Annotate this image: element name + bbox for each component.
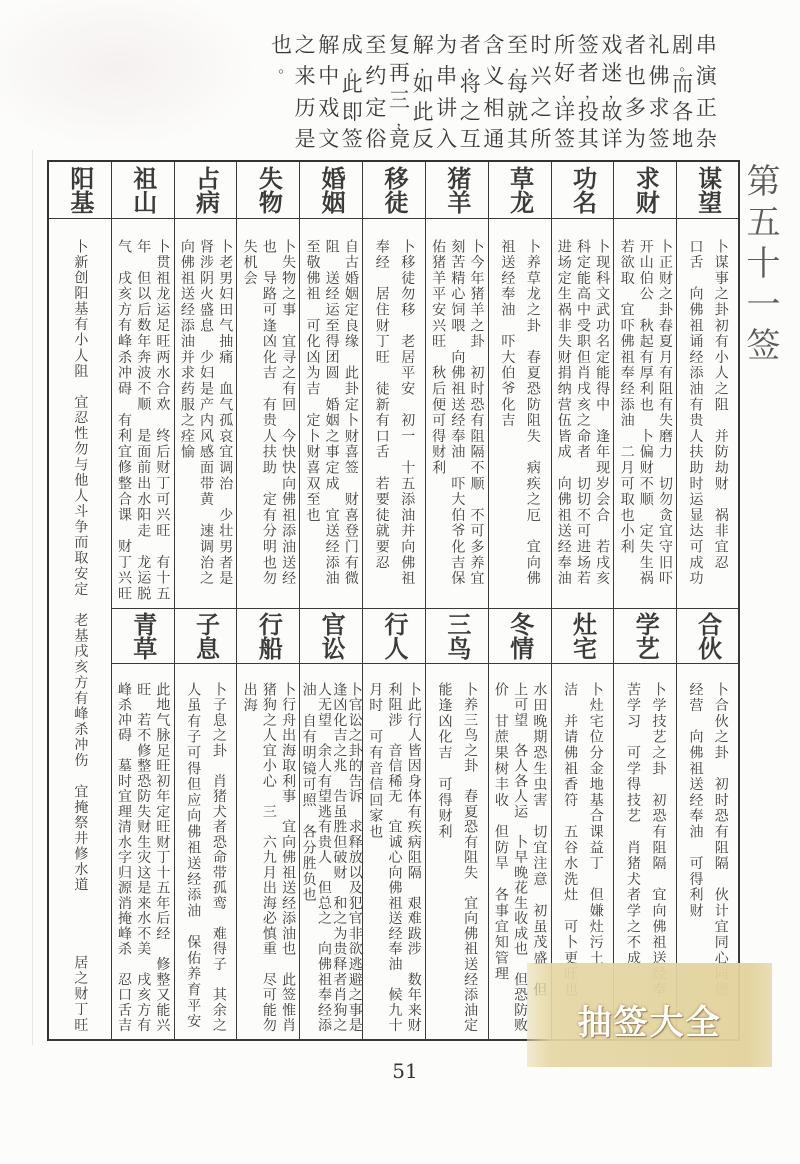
text-column: 卜学技艺之卦 初恐有阻隔 宜向佛祖送经奉 [651, 682, 666, 998]
intro-character: 详 [553, 100, 577, 124]
text-column: 向佛祖送经添油并求药服之痊愉 [179, 239, 194, 460]
intro-text-column: 签者，投其 [576, 33, 600, 151]
intro-text-column: 解，如此反 [411, 33, 435, 151]
category-header-label: 灶宅 [569, 612, 595, 660]
oracle-table: 阳基卜新创阳基有小人阻 宜忍性勿与他人斗争而取安定 老基戌亥方有峰杀冲伤 宜掩祭… [47, 160, 740, 1041]
text-column: 水田晚期恐生虫害 切宜注意 初虽茂盛 但 [531, 682, 546, 998]
intro-character: 是 [293, 127, 317, 151]
intro-text-column: 者，将之互 [458, 33, 482, 151]
intro-character: 好 [553, 61, 577, 85]
category-header: 草龙 [489, 162, 552, 219]
punctuation-mark: ， [388, 116, 412, 124]
punctuation-mark: ， [576, 88, 600, 96]
text-column: 卜谋事之卦初有小人之阻 并防劫财 祸非宜忍 [713, 239, 728, 571]
intro-character: 签 [341, 127, 365, 151]
intro-character: 解 [317, 33, 341, 57]
page-number: 51 [380, 1059, 430, 1083]
category-header-label: 三鸟 [444, 612, 470, 660]
text-column: 卜灶宅位分金地基合课益丁 但嫌灶污土 [588, 682, 603, 966]
text-column: 价 甘蔗果树丰收 但防旱 各事宜知管理 [493, 682, 508, 982]
intro-character: 来 [293, 64, 317, 88]
category-header: 阳基 [49, 162, 112, 219]
text-column: 开山伯公 秋起有厚利也 卜偏财不顺 定失生祸 [638, 239, 653, 587]
text-column: 也 导路可逢凶化吉 有贵人扶助 定有分明也勿 [261, 239, 276, 587]
text-column: 此地气脉足旺初年定旺财丁十五年后经 修整又能兴 [154, 682, 169, 1033]
intro-character: 而 [671, 72, 695, 96]
intro-text-column: 至，每就其 [506, 33, 530, 151]
intro-character: 定 [364, 96, 388, 120]
intro-character: 其 [576, 127, 600, 151]
intro-character: 剧 [671, 33, 695, 57]
category-text-cell: 卜老男妇田气抽痛 血气孤哀宜调治 少壮男者是肾涉阴火盛息 少妇是产内风感面带黄 … [175, 219, 238, 609]
intro-character: 三 [388, 88, 412, 112]
intro-character: 如 [411, 72, 435, 96]
text-column: 卜官讼之卦的告诉 求释放以及犯官非欲逃避之事是 [347, 682, 362, 1033]
intro-character: 此 [341, 72, 365, 96]
intro-character: 之 [529, 96, 553, 120]
category-header: 祖山 [112, 162, 175, 219]
text-column: 口舌 向佛祖诵经添油有贵人扶助时运显达可成功 [687, 239, 702, 587]
category-text-cell: 卜贯祖龙运足旺两水合欢 终后财丁可兴旺 有十五年 但以后数年奔波不顺 是面前出水… [112, 219, 175, 609]
intro-text-column: 复再三，竟 [388, 33, 412, 151]
category-header-label: 子息 [193, 612, 219, 660]
intro-character: 相 [482, 96, 506, 120]
intro-character: 通 [482, 127, 506, 151]
category-header: 子息 [175, 609, 238, 664]
text-column: 能逢凶化吉 可得财利 [437, 682, 452, 840]
intro-character: 所 [553, 33, 577, 57]
intro-text-column: 也。 [270, 33, 294, 151]
category-text-cell: 卜子息之卦 肖猪犬者恐命带孤鸾 难得子 其余之人虽有子可得但应向佛祖送经添油 保… [175, 664, 238, 1041]
intro-character: 者 [624, 33, 648, 57]
intro-character: 文 [317, 127, 341, 151]
intro-character: 中 [317, 64, 341, 88]
text-column: 科定能高中受职但肖戌亥之命者 切切不可进场若 [575, 239, 590, 587]
category-text-cell: 卜养三鸟之卦 春夏恐有阻失 宜向佛祖送经添油定能逢凶化吉 可得财利 [426, 664, 489, 1041]
intro-character: 即 [341, 100, 365, 124]
category-header-label: 阳基 [67, 166, 93, 214]
category-header-label: 移徒 [381, 166, 407, 214]
category-header-label: 婚姻 [318, 166, 344, 214]
category-header: 灶宅 [552, 609, 615, 664]
intro-character: 之 [458, 100, 482, 124]
text-column: 祖送经奉油 吓大伯爷化吉 [499, 239, 514, 429]
category-header-label: 官讼 [318, 612, 344, 660]
category-text-cell: 卜新创阳基有小人阻 宜忍性勿与他人斗争而取安定 老基戌亥方有峰杀冲伤 宜掩祭井修… [49, 219, 112, 1041]
text-column: 佑猪羊平安兴旺 秋后便可得财利 [430, 239, 445, 476]
text-column: 卜正财之卦春夏月有阻有失磨力 切勿贪宜守旧吓 [657, 239, 672, 587]
intro-character: 之 [293, 33, 317, 57]
category-header: 求财 [614, 162, 677, 219]
text-column: 奉经 居住财丁旺 徒新有口舌 若要徒就要忍 [374, 239, 389, 571]
text-column: 卜行舟出海取利事 宜向佛祖送经添油也 此签惟肖 [280, 682, 295, 1033]
category-text-cell: 卜此行人皆因身体有疾病阻隔 艰难跋涉 数年来财利阻涉 音信稀无 宜诚心向佛祖送经… [363, 664, 426, 1041]
punctuation-mark: ， [458, 61, 482, 69]
category-header-label: 占病 [193, 166, 219, 214]
text-column: 卜养三鸟之卦 春夏恐有阻失 宜向佛祖送经添油定 [462, 682, 477, 1033]
intro-character: 俗 [364, 127, 388, 151]
category-header-label: 功名 [569, 166, 595, 214]
text-column: 经营 向佛祖送经奉油 可得利财 [687, 682, 702, 919]
watermark-logo: 抽签大全 [527, 963, 772, 1067]
intro-character: 将 [458, 72, 482, 96]
intro-character: 各 [671, 100, 695, 124]
category-text-cell: 卜现科文武功名定能得中 逢年现岁会合 若戌亥科定能高中受职但肖戌亥之命者 切切不… [552, 219, 615, 609]
intro-character: 串 [435, 64, 459, 88]
intro-character: 者 [576, 61, 600, 85]
watermark-text: 抽签大全 [578, 995, 722, 1044]
category-text-cell: 此地气脉足旺初年定旺财丁十五年后经 修整又能兴旺 若不修整恐防失财生灾这是来水不… [112, 664, 175, 1041]
category-header-label: 失物 [255, 166, 281, 214]
intro-character: 者 [458, 33, 482, 57]
category-header: 猪羊 [426, 162, 489, 219]
intro-character: 每 [506, 72, 530, 96]
intro-text-column: 者也多为 [624, 33, 648, 151]
text-column: 卜贯祖龙运足旺两水合欢 终后财丁可兴旺 有十五 [154, 239, 169, 602]
intro-character: 为 [435, 33, 459, 57]
category-header-label: 学艺 [632, 612, 658, 660]
category-header: 婚姻 [300, 162, 363, 219]
intro-character: 签 [576, 33, 600, 57]
intro-character: 讲 [435, 96, 459, 120]
intro-character: 佛 [647, 64, 671, 88]
category-header: 移徒 [363, 162, 426, 219]
intro-text-column: 成，此即签 [341, 33, 365, 151]
text-column: 峰杀冲碍 墓时宜理清水字归源消掩峰杀 忍口舌吉 [116, 682, 131, 1033]
intro-text-column: 戏迷，故详 [600, 33, 624, 151]
intro-text-column: 为串讲入 [435, 33, 459, 151]
category-header-label: 求财 [632, 166, 658, 214]
intro-character: 签 [647, 127, 671, 151]
punctuation-mark: ， [506, 61, 530, 69]
intro-character: 反 [411, 127, 435, 151]
intro-character: 正 [694, 96, 718, 120]
intro-character: 故 [600, 100, 624, 124]
text-column: 至敬佛祖 可化凶为吉 定卜财喜双至也 [304, 239, 319, 523]
text-column: 卜现科文武功名定能得中 逢年现岁会合 若戌亥 [594, 239, 609, 587]
text-column: 卜老男妇田气抽痛 血气孤哀宜调治 少壮男者是 [217, 239, 232, 587]
text-column: 卜今年猪羊之卦 初时恐有阻隔不顺 不可多养宜 [469, 239, 484, 587]
text-column: 阻 送经运至得团圆 婚姻之事定成 宜送经添油 [324, 239, 339, 587]
text-column: 气 戌亥方有峰杀冲碍 有利宜修整合课 财丁兴旺 [116, 239, 131, 602]
intro-character: 此 [411, 100, 435, 124]
intro-character: 投 [576, 100, 600, 124]
text-column: 逢凶化吉之兆 告虽胜但破财 和之为贵释者肖狗之 [331, 682, 346, 1033]
intro-character: 解 [411, 33, 435, 57]
category-header-label: 草龙 [507, 166, 533, 214]
text-column: 失机会 [242, 239, 257, 286]
text-column: 卜养草龙之卦 春夏恐防阻失 病疾之厄 宜向佛 [525, 239, 540, 587]
intro-character: 地 [671, 127, 695, 151]
intro-character: 复 [388, 33, 412, 57]
intro-character: 入 [435, 127, 459, 151]
category-header: 冬情 [489, 609, 552, 664]
category-text-cell: 卜官讼之卦的告诉 求释放以及犯官非欲逃避之事是逢凶化吉之兆 告虽胜但破财 和之为… [300, 664, 363, 1041]
intro-character: 迷 [600, 61, 624, 85]
intro-character: 杂 [694, 127, 718, 151]
punctuation-mark: 。 [270, 63, 294, 71]
category-header: 三鸟 [426, 609, 489, 664]
intro-character: 也 [624, 64, 648, 88]
text-column: 卜合伙之卦 初时恐有阻隔 伙计宜同心同德 [713, 682, 728, 998]
text-column: 若欲取 宜吓佛祖奉经添油 二月可取也小利 [619, 239, 634, 555]
text-column: 卜子息之卦 肖猪犬者恐命带孤鸾 难得子 其余之 [211, 682, 226, 1033]
punctuation-mark: 。 [671, 61, 695, 69]
category-header-label: 行船 [255, 612, 281, 660]
intro-character: 戏 [600, 33, 624, 57]
punctuation-mark: ， [553, 88, 577, 96]
text-column: 人无望 余人有望逃有贵人 但总之 向佛祖奉经添 [316, 682, 331, 1033]
intro-character: 演 [694, 64, 718, 88]
intro-text-column: 之来历是 [293, 33, 317, 151]
paper-show-through [0, 0, 260, 150]
text-column: 卜新创阳基有小人阻 宜忍性勿与他人斗争而取安定 老基戌亥方有峰杀冲伤 宜掩祭井修… [72, 239, 87, 1033]
category-header: 青草 [112, 609, 175, 664]
intro-character: 为 [624, 127, 648, 151]
category-header-label: 谋望 [695, 166, 721, 214]
text-column: 自古婚姻定良缘 此卦定卜财喜签 财喜登门有微 [343, 239, 358, 587]
text-column: 人虽有子可得但应向佛祖送经添油 保佑养育平安 [185, 682, 200, 1030]
category-text-cell: 卜行舟出海取利事 宜向佛祖送经添油也 此签惟肖猪狗之人宜小心 三 六九月出海必慎… [237, 664, 300, 1041]
intro-character: 也 [270, 33, 294, 57]
category-text-cell: 卜养草龙之卦 春夏恐防阻失 病疾之厄 宜向佛祖送经奉油 吓大伯爷化吉 [489, 219, 552, 609]
category-header: 行船 [237, 609, 300, 664]
category-header: 行人 [363, 609, 426, 664]
intro-character: 成 [341, 33, 365, 57]
intro-character: 至 [364, 33, 388, 57]
category-text-cell: 卜谋事之卦初有小人之阻 并防劫财 祸非宜忍口舌 向佛祖诵经添油有贵人扶助时运显达… [677, 219, 740, 609]
category-header-label: 冬情 [507, 612, 533, 660]
category-header-label: 祖山 [130, 166, 156, 214]
intro-text-column: 剧。而各地 [671, 33, 695, 151]
category-header-label: 猪羊 [444, 166, 470, 214]
intro-character: 历 [293, 96, 317, 120]
intro-character: 多 [624, 96, 648, 120]
intro-text-column: 时兴之所 [529, 33, 553, 151]
intro-text-column: 至约定俗 [364, 33, 388, 151]
text-column: 刻苦精心饲喂 向佛祖送经奉油 吓大伯爷化吉保 [449, 239, 464, 587]
category-header: 功名 [552, 162, 615, 219]
text-column: 旺 若不修整恐防失财生灾这是来水不美 戌亥方有 [135, 682, 150, 1033]
sign-title: 第五十一签 [742, 163, 778, 368]
category-header-label: 青草 [130, 612, 156, 660]
text-column: 苦学习 可学得技艺 肖猪犬者学之不成 [625, 682, 640, 966]
intro-text-column: 所好，详签 [553, 33, 577, 151]
category-text-cell: 卜失物之事 宜寻之有回 今快快向佛祖添油送经也 导路可逢凶化吉 有贵人扶助 定有… [237, 219, 300, 609]
intro-text-column: 解中戏文 [317, 33, 341, 151]
category-text-cell: 卜今年猪羊之卦 初时恐有阻隔不顺 不可多养宜刻苦精心饲喂 向佛祖送经奉油 吓大伯… [426, 219, 489, 609]
page-margin-line [32, 150, 33, 1045]
text-column: 月时 可有音信回家也 [367, 682, 382, 840]
intro-character: 求 [647, 96, 671, 120]
intro-character: 签 [553, 127, 577, 151]
intro-character: 礼 [647, 33, 671, 57]
intro-text-column: 礼佛求签 [647, 33, 671, 151]
intro-character: 义 [482, 64, 506, 88]
text-column: 洁 并请佛祖香符 五谷水洗灶 可卜更旺也 [562, 682, 577, 998]
intro-character: 互 [458, 127, 482, 151]
punctuation-mark: ， [341, 61, 365, 69]
intro-character: 竟 [388, 127, 412, 151]
text-column: 油 自有明镜可照 各分胜负也 [301, 682, 316, 903]
intro-character: 兴 [529, 64, 553, 88]
category-text-cell: 卜正财之卦春夏月有阻有失磨力 切勿贪宜守旧吓开山伯公 秋起有厚利也 卜偏财不顺 … [614, 219, 677, 609]
text-column: 肾涉阴火盛息 少妇是产内风感面带黄 速调治之 [198, 239, 213, 587]
intro-character: 就 [506, 100, 530, 124]
text-column: 卜失物之事 宜寻之有回 今快快向佛祖添油送经 [280, 239, 295, 587]
category-header: 合伙 [677, 609, 740, 664]
category-header-label: 行人 [381, 612, 407, 660]
text-column: 利阻涉 音信稀无 宜诚心向佛祖送经奉油 候九十 [386, 682, 401, 1033]
intro-character: 时 [529, 33, 553, 57]
punctuation-mark: ， [411, 61, 435, 69]
intro-text-column: 串演正杂 [694, 33, 718, 151]
intro-character: 所 [529, 127, 553, 151]
text-column: 年 但以后数年奔波不顺 是面前出水阳走 龙运脱 [135, 239, 150, 602]
intro-character: 约 [364, 64, 388, 88]
category-header: 官讼 [300, 609, 363, 664]
text-column: 进场定生祸非失财捐纳营伍皆成 向佛祖送经奉油 [556, 239, 571, 587]
category-header: 占病 [175, 162, 238, 219]
intro-character: 再 [388, 61, 412, 85]
intro-paragraph: 串演正杂剧。而各地礼佛求签者也多为戏迷，故详签者，投其所好，详签时兴之所至，每就… [268, 33, 718, 151]
category-header-label: 合伙 [695, 612, 721, 660]
intro-character: 至 [506, 33, 530, 57]
text-column: 上可望 各人各人运 卜早晚花生收成也 但恐防败 [512, 682, 527, 1033]
category-text-cell: 卜移徒勿移 老居平安 初一 十五添油并向佛祖奉经 居住财丁旺 徒新有口舌 若要徒… [363, 219, 426, 609]
punctuation-mark: ， [600, 88, 624, 96]
text-column: 猪狗之人宜小心 三 六九月出海必慎重 尽可能勿 [261, 682, 276, 1033]
intro-character: 详 [600, 127, 624, 151]
intro-character: 串 [694, 33, 718, 57]
text-column: 卜移徒勿移 老居平安 初一 十五添油并向佛祖 [399, 239, 414, 587]
intro-character: 戏 [317, 96, 341, 120]
text-column: 卜此行人皆因身体有疾病阻隔 艰难跋涉 数年来财 [406, 682, 421, 1033]
category-header: 谋望 [677, 162, 740, 219]
category-header: 失物 [237, 162, 300, 219]
category-text-cell: 自古婚姻定良缘 此卦定卜财喜签 财喜登门有微阻 送经运至得团圆 婚姻之事定成 宜… [300, 219, 363, 609]
intro-character: 含 [482, 33, 506, 57]
intro-text-column: 含义相通 [482, 33, 506, 151]
text-column: 出海 [242, 682, 257, 714]
category-header: 学艺 [614, 609, 677, 664]
intro-character: 其 [506, 127, 530, 151]
